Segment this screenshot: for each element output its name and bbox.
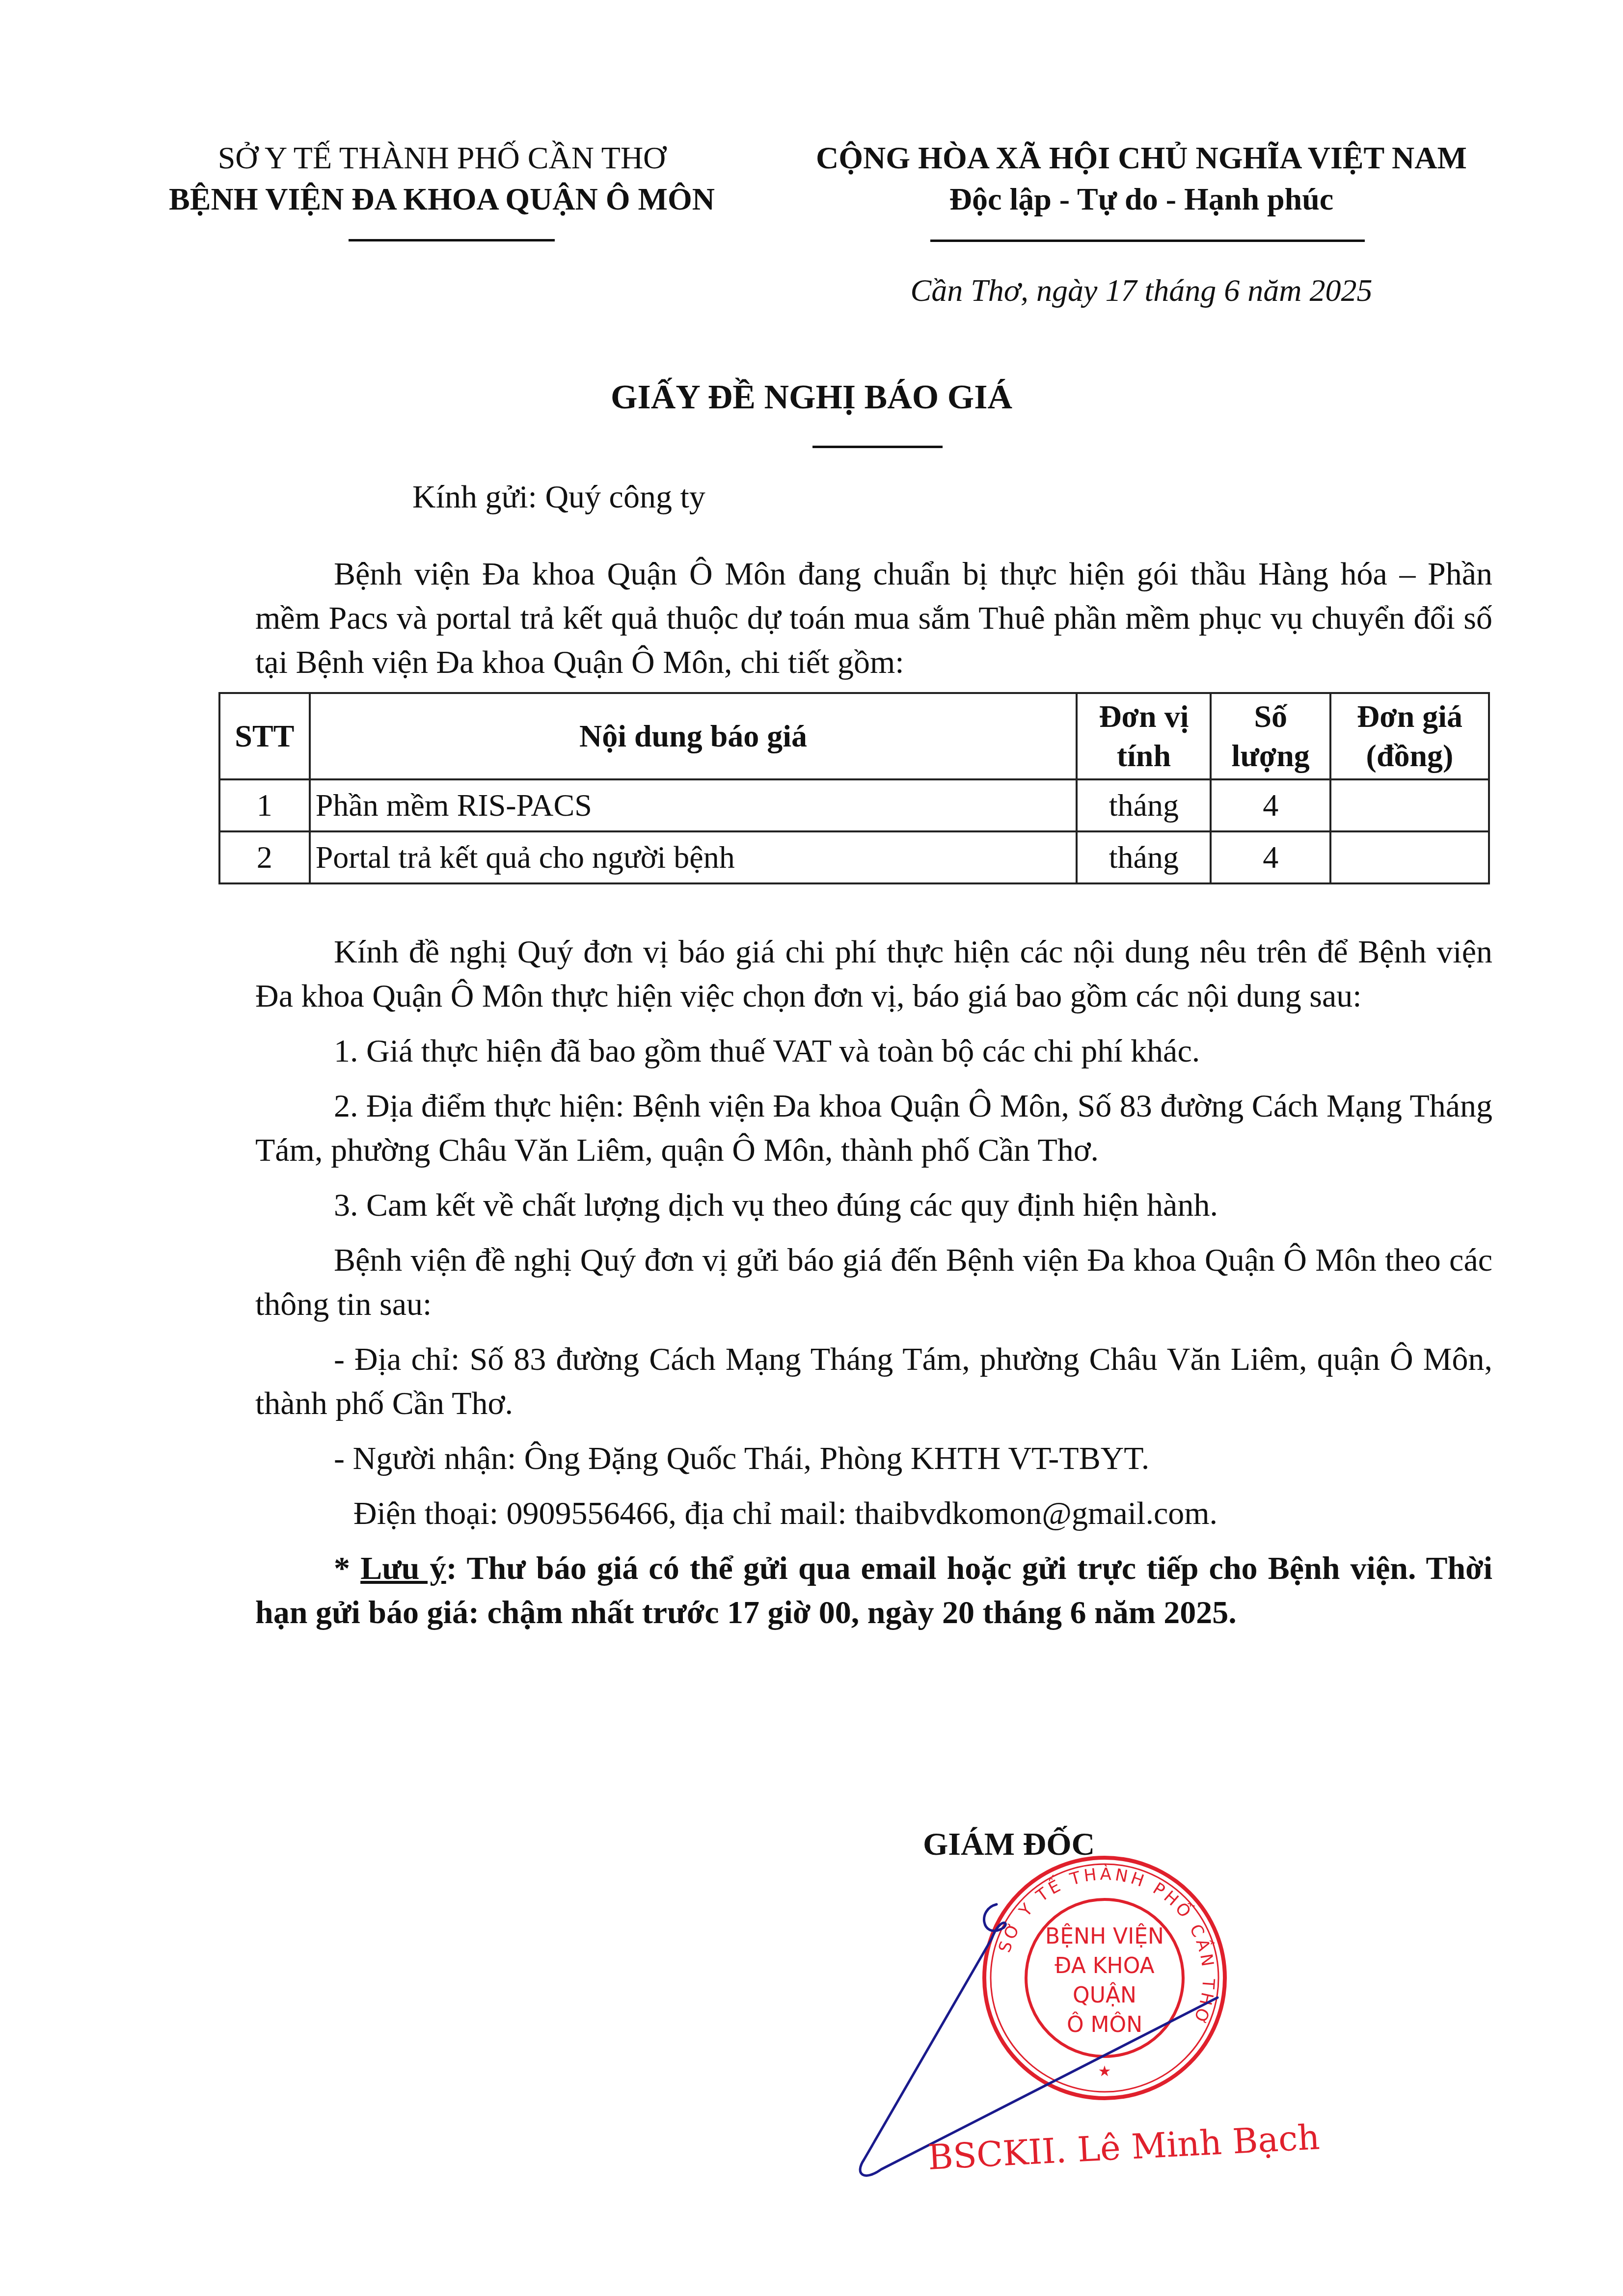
condition-item: 1. Giá thực hiện đã bao gồm thuế VAT và … <box>255 1029 1492 1073</box>
condition-item: 3. Cam kết về chất lượng dịch vụ theo đú… <box>255 1183 1492 1228</box>
table-header-row: STT Nội dung báo giá Đơn vị tính Số lượn… <box>219 693 1489 779</box>
row-content: Phần mềm RIS-PACS <box>310 779 1077 831</box>
agency-underline <box>349 239 555 241</box>
row-unit-price <box>1330 831 1489 883</box>
title-underline <box>812 446 943 448</box>
issuing-agency: SỞ Y TẾ THÀNH PHỐ CẦN THƠ BỆNH VIỆN ĐA K… <box>147 137 736 220</box>
contact-recipient: - Người nhận: Ông Đặng Quốc Thái, Phòng … <box>255 1437 1492 1481</box>
country-name: CỘNG HÒA XÃ HỘI CHỦ NGHĨA VIỆT NAM <box>766 137 1517 179</box>
send-to-paragraph: Bệnh viện đề nghị Quý đơn vị gửi báo giá… <box>255 1238 1492 1327</box>
col-stt: STT <box>219 693 310 779</box>
table-row: 2 Portal trả kết quả cho người bệnh thán… <box>219 831 1489 883</box>
row-unit: tháng <box>1077 831 1211 883</box>
row-stt: 1 <box>219 779 310 831</box>
row-stt: 2 <box>219 831 310 883</box>
row-unit-price <box>1330 779 1489 831</box>
quote-table: STT Nội dung báo giá Đơn vị tính Số lượn… <box>218 692 1490 884</box>
national-motto: CỘNG HÒA XÃ HỘI CHỦ NGHĨA VIỆT NAM Độc l… <box>766 137 1517 220</box>
contact-phone-email: Điện thoại: 0909556466, địa chỉ mail: th… <box>255 1492 1492 1536</box>
motto-underline <box>930 240 1365 242</box>
row-content: Portal trả kết quả cho người bệnh <box>310 831 1077 883</box>
document-date: Cần Thơ, ngày 17 tháng 6 năm 2025 <box>766 272 1517 309</box>
request-paragraph: Kính đề nghị Quý đơn vị báo giá chi phí … <box>255 930 1492 1018</box>
request-body: Kính đề nghị Quý đơn vị báo giá chi phí … <box>255 930 1492 1646</box>
row-quantity: 4 <box>1211 831 1330 883</box>
col-content: Nội dung báo giá <box>310 693 1077 779</box>
col-unit-price: Đơn giá (đồng) <box>1330 693 1489 779</box>
condition-item: 2. Địa điểm thực hiện: Bệnh viện Đa khoa… <box>255 1084 1492 1173</box>
salutation: Kính gửi: Quý công ty <box>412 479 705 516</box>
row-quantity: 4 <box>1211 779 1330 831</box>
intro-paragraph: Bệnh viện Đa khoa Quận Ô Môn đang chuẩn … <box>255 552 1492 685</box>
motto: Độc lập - Tự do - Hạnh phúc <box>766 179 1517 220</box>
document-title: GIẤY ĐỀ NGHỊ BÁO GIÁ <box>0 378 1623 417</box>
table-row: 1 Phần mềm RIS-PACS tháng 4 <box>219 779 1489 831</box>
note-label: Lưu ý <box>360 1550 446 1586</box>
note-paragraph: * Lưu ý: Thư báo giá có thể gửi qua emai… <box>255 1547 1492 1635</box>
agency-name: BỆNH VIỆN ĐA KHOA QUẬN Ô MÔN <box>147 179 736 220</box>
contact-address: - Địa chỉ: Số 83 đường Cách Mạng Tháng T… <box>255 1337 1492 1426</box>
col-quantity: Số lượng <box>1211 693 1330 779</box>
agency-parent: SỞ Y TẾ THÀNH PHỐ CẦN THƠ <box>147 137 736 179</box>
note-asterisk: * <box>334 1550 360 1586</box>
row-unit: tháng <box>1077 779 1211 831</box>
col-unit: Đơn vị tính <box>1077 693 1211 779</box>
